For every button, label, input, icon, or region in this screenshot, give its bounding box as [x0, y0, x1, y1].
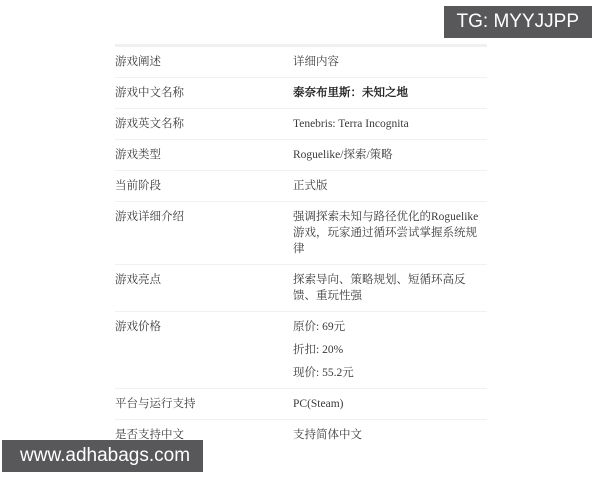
- price-value-block: 原价: 69元 折扣: 20% 现价: 55.2元: [293, 319, 487, 381]
- row-label: 游戏中文名称: [115, 85, 293, 101]
- header-value: 详细内容: [293, 54, 487, 70]
- row-value: 探索导向、策略规划、短循环高反馈、重玩性强: [293, 272, 487, 304]
- price-original: 原价: 69元: [293, 319, 487, 335]
- row-label: 游戏亮点: [115, 272, 293, 304]
- row-value: 正式版: [293, 178, 487, 194]
- table-row-platform: 平台与运行支持 PC(Steam): [115, 388, 487, 419]
- row-value: Roguelike/探索/策略: [293, 147, 487, 163]
- table-row-english-name: 游戏英文名称 Tenebris: Terra Incognita: [115, 108, 487, 139]
- row-label: 当前阶段: [115, 178, 293, 194]
- table-row-highlights: 游戏亮点 探索导向、策略规划、短循环高反馈、重玩性强: [115, 264, 487, 311]
- row-value: Tenebris: Terra Incognita: [293, 116, 487, 132]
- price-current: 现价: 55.2元: [293, 365, 487, 381]
- table-row-stage: 当前阶段 正式版: [115, 170, 487, 201]
- row-value: PC(Steam): [293, 396, 487, 412]
- row-value: 支持简体中文: [293, 427, 487, 443]
- tg-watermark-badge: TG: MYYJJPP: [444, 6, 592, 38]
- header-label: 游戏阐述: [115, 54, 293, 70]
- row-value: 强调探索未知与路径优化的Roguelike游戏，玩家通过循环尝试掌握系统规律: [293, 209, 487, 257]
- price-discount: 折扣: 20%: [293, 342, 487, 358]
- row-label: 游戏价格: [115, 319, 293, 381]
- table-row-genre: 游戏类型 Roguelike/探索/策略: [115, 139, 487, 170]
- row-value: 泰奈布里斯：未知之地: [293, 85, 487, 101]
- page: TG: MYYJJPP 游戏阐述 详细内容 游戏中文名称 泰奈布里斯：未知之地 …: [0, 0, 600, 480]
- row-label: 游戏英文名称: [115, 116, 293, 132]
- table-row-price: 游戏价格 原价: 69元 折扣: 20% 现价: 55.2元: [115, 311, 487, 388]
- table-row-header: 游戏阐述 详细内容: [115, 44, 487, 77]
- website-watermark-badge: www.adhabags.com: [2, 440, 203, 472]
- table-row-description: 游戏详细介绍 强调探索未知与路径优化的Roguelike游戏，玩家通过循环尝试掌…: [115, 201, 487, 264]
- game-info-table: 游戏阐述 详细内容 游戏中文名称 泰奈布里斯：未知之地 游戏英文名称 Teneb…: [115, 44, 487, 450]
- row-label: 游戏类型: [115, 147, 293, 163]
- row-label: 游戏详细介绍: [115, 209, 293, 257]
- table-row-chinese-name: 游戏中文名称 泰奈布里斯：未知之地: [115, 77, 487, 108]
- row-label: 平台与运行支持: [115, 396, 293, 412]
